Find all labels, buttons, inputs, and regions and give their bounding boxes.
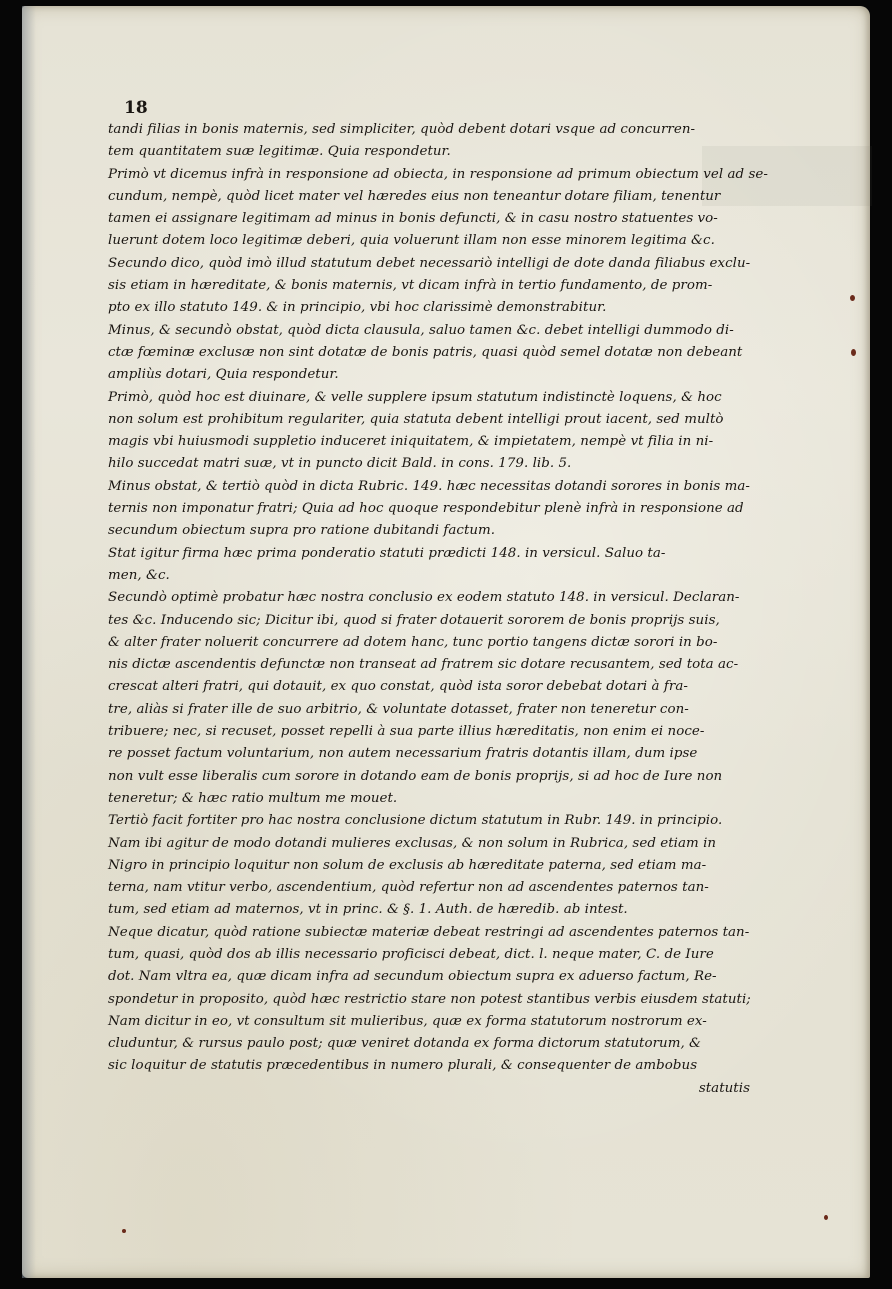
paragraph: Nam ibi agitur de modo dotandi mulieres … [108, 833, 768, 922]
paragraph: Secundò optimè probatur hæc nostra concl… [108, 587, 768, 810]
ink-stain [122, 1229, 126, 1233]
paragraph: Minus, & secundò obstat, quòd dicta clau… [108, 320, 768, 387]
text-line: ternis non imponatur fratri; Quia ad hoc… [130, 498, 768, 520]
text-line: nis dictæ ascendentis defunctæ non trans… [130, 654, 768, 676]
text-line: crescat alteri fratri, qui dotauit, ex q… [130, 676, 768, 698]
text-line: tum, sed etiam ad maternos, vt in princ.… [130, 899, 768, 921]
text-line: spondetur in proposito, quòd hæc restric… [130, 989, 768, 1011]
text-line: & alter frater noluerit concurrere ad do… [130, 632, 768, 654]
ink-stain [850, 295, 855, 301]
text-line: tes &c. Inducendo sic; Dicitur ibi, quod… [130, 610, 768, 632]
text-line: dot. Nam vltra ea, quæ dicam infra ad se… [130, 966, 768, 988]
text-line: secundum obiectum supra pro ratione dubi… [130, 520, 768, 542]
text-line: Nam ibi agitur de modo dotandi mulieres … [130, 833, 768, 855]
text-line: men, &c. [130, 565, 768, 587]
text-line: Minus, & secundò obstat, quòd dicta clau… [130, 320, 768, 342]
text-line: tandi filias in bonis maternis, sed simp… [130, 119, 768, 141]
text-line: non solum est prohibitum regulariter, qu… [130, 409, 768, 431]
text-line: teneretur; & hæc ratio multum me mouet. [130, 788, 768, 810]
text-line: pto ex illo statuto 149. & in principio,… [130, 297, 768, 319]
text-line: ampliùs dotari, Quia respondetur. [130, 364, 768, 386]
text-line: cluduntur, & rursus paulo post; quæ veni… [130, 1033, 768, 1055]
text-line: tre, aliàs si frater ille de suo arbitri… [130, 699, 768, 721]
paragraph: Primò, quòd hoc est diuinare, & velle su… [108, 387, 768, 476]
ink-stain [851, 349, 856, 356]
catchword: statutis [108, 1078, 768, 1100]
text-line: Nam dicitur in eo, vt consultum sit muli… [130, 1011, 768, 1033]
text-line: Minus obstat, & tertiò quòd in dicta Rub… [130, 476, 768, 498]
paragraph: tandi filias in bonis maternis, sed simp… [108, 119, 768, 164]
text-line: terna, nam vtitur verbo, ascendentium, q… [130, 877, 768, 899]
ink-stain [824, 1215, 828, 1220]
text-line: ctæ fœminæ exclusæ non sint dotatæ de bo… [130, 342, 768, 364]
paragraph: Tertiò facit fortiter pro hac nostra con… [108, 810, 768, 832]
text-line: magis vbi huiusmodi suppletio induceret … [130, 431, 768, 453]
text-line: re posset factum voluntarium, non autem … [130, 743, 768, 765]
scan-frame: 18 tandi filias in bonis maternis, sed s… [0, 0, 892, 1289]
text-line: Stat igitur firma hæc prima ponderatio s… [130, 543, 768, 565]
text-line: Primò, quòd hoc est diuinare, & velle su… [130, 387, 768, 409]
text-line: tamen ei assignare legitimam ad minus in… [130, 208, 768, 230]
page-number: 18 [124, 97, 768, 119]
text-line: Tertiò facit fortiter pro hac nostra con… [130, 810, 768, 832]
paragraph: Secundo dico, quòd imò illud statutum de… [108, 253, 768, 320]
paragraph: Minus obstat, & tertiò quòd in dicta Rub… [108, 476, 768, 543]
text-line: non vult esse liberalis cum sorore in do… [130, 766, 768, 788]
paragraph: Stat igitur firma hæc prima ponderatio s… [108, 543, 768, 588]
paragraph: Neque dicatur, quòd ratione subiectæ mat… [108, 922, 768, 1078]
text-line: sic loquitur de statutis præcedentibus i… [130, 1055, 768, 1077]
text-line: Secundo dico, quòd imò illud statutum de… [130, 253, 768, 275]
text-line: cundum, nempè, quòd licet mater vel hære… [130, 186, 768, 208]
paragraph: Primò vt dicemus infrà in responsione ad… [108, 164, 768, 253]
text-line: sis etiam in hæreditate, & bonis materni… [130, 275, 768, 297]
page-text: 18 tandi filias in bonis maternis, sed s… [108, 97, 768, 1113]
text-line: Secundò optimè probatur hæc nostra concl… [130, 587, 768, 609]
text-line: tribuere; nec, si recuset, posset repell… [130, 721, 768, 743]
text-line: tem quantitatem suæ legitimæ. Quia respo… [130, 141, 768, 163]
text-line: Nigro in principio loquitur non solum de… [130, 855, 768, 877]
text-line: Primò vt dicemus infrà in responsione ad… [130, 164, 768, 186]
text-line: luerunt dotem loco legitimæ deberi, quia… [130, 230, 768, 252]
text-line: hilo succedat matri suæ, vt in puncto di… [130, 453, 768, 475]
text-line: tum, quasi, quòd dos ab illis necessario… [130, 944, 768, 966]
text-line: Neque dicatur, quòd ratione subiectæ mat… [130, 922, 768, 944]
